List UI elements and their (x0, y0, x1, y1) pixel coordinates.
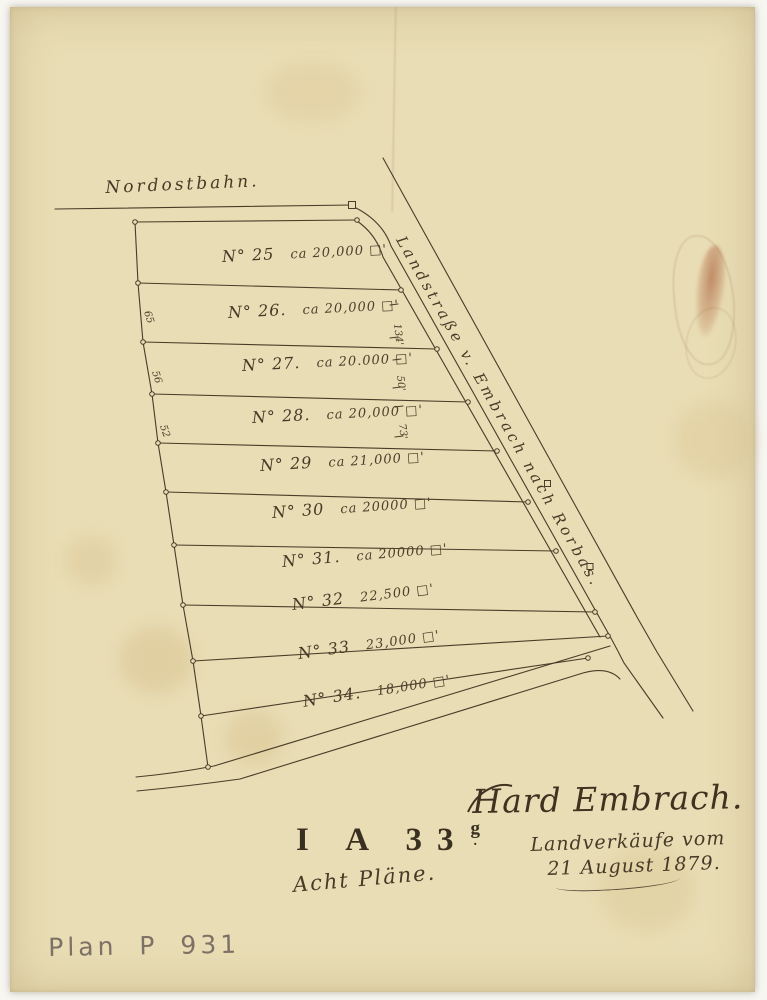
parcel-area: ca 20,000 □' (326, 403, 423, 423)
stain-outline (668, 233, 739, 368)
parcel-label-31: N° 31.ca 20000 □' (281, 538, 448, 571)
subtitle-line1: Landverkäufe vom (530, 827, 726, 856)
parcel-number: N° 31. (281, 547, 341, 571)
parcel-number: N° 27. (242, 353, 301, 375)
parcel-number: N° 32 (291, 589, 345, 614)
parcel-label-29: N° 29ca 21,000 □' (259, 446, 425, 475)
plan-drawing: 65 56 52 134' 50' 73' (0, 0, 767, 1000)
title-swash (468, 785, 512, 812)
parcel-number: N° 26. (228, 300, 287, 322)
edge-length: 56 (149, 370, 164, 386)
parcel-border (183, 605, 595, 612)
parcel-border (158, 443, 497, 451)
railway-end-marker (349, 202, 356, 209)
tick-marks (395, 406, 403, 437)
parcel-number: N° 25 (222, 244, 275, 266)
railway-label: Nordostbahn. (105, 171, 260, 198)
parcel-label-33: N° 3323,000 □' (297, 624, 441, 663)
parcel-area: 22,500 □' (359, 582, 435, 606)
parcel-border (152, 394, 468, 402)
archive-code-text: I A 33 (296, 822, 469, 859)
plan-sheet: 65 56 52 134' 50' 73' Nordostbahn. Lands… (10, 7, 755, 992)
paper-stain (600, 847, 695, 932)
parcel-border (143, 342, 437, 349)
frontage-tick: 50' (394, 375, 407, 392)
parcel-number: N° 29 (259, 453, 313, 475)
parcel-border (201, 658, 588, 716)
parcel-area: 23,000 □' (365, 628, 441, 653)
left-boundary (135, 222, 208, 767)
parcel-area: ca 20000 □' (340, 496, 432, 517)
paper-stain (65, 537, 117, 585)
stain-outline (680, 303, 742, 383)
parcel-right-edge (357, 221, 600, 637)
parcel-area: ca 20,000 □' (302, 298, 399, 318)
road-label: Landstraße v. Embrach nach Rorbas. (392, 233, 605, 590)
frontage-tick: 73' (396, 423, 409, 440)
parcel-area: ca 20000 □' (356, 542, 448, 565)
edge-measurements: 65 56 52 134' 50' 73' (141, 310, 409, 440)
rust-stain (690, 244, 729, 339)
main-title: Hard Embrach. (472, 777, 744, 821)
archive-code: I A 33 g . (296, 822, 480, 859)
series-note: Acht Pläne. (292, 860, 437, 896)
parcel-number: N° 33 (297, 637, 352, 663)
subtitle-line2: 21 August 1879. (547, 852, 721, 880)
edge-length: 65 (141, 310, 155, 326)
edge-length: 52 (157, 424, 171, 440)
parcel-area: ca 20,000 □' (290, 242, 387, 262)
parcel-border (138, 283, 401, 290)
parcel-area: 18,000 □' (376, 673, 452, 699)
parcel-label-28: N° 28.ca 20,000 □' (252, 399, 424, 427)
parcel-area: ca 21,000 □' (328, 450, 425, 471)
road-right-line (383, 158, 693, 711)
paper-crease (391, 7, 397, 212)
parcel-area: ca 20.000 □' (316, 351, 413, 371)
parcel-label-26: N° 26.ca 20,000 □' (228, 294, 400, 322)
parcel-label-25: N° 25ca 20,000 □' (222, 238, 388, 266)
scan-background: 65 56 52 134' 50' 73' Nordostbahn. Lands… (0, 0, 767, 1000)
railway-line (55, 205, 352, 209)
parcel-number: N° 28. (252, 405, 311, 427)
parcel-border (166, 492, 528, 502)
tick-marks (393, 359, 401, 388)
pencil-annotation: Plan P 931 (48, 930, 240, 962)
bottom-road-upper (136, 646, 610, 777)
frontage-tick: 134' (391, 323, 405, 346)
underline-flourish (555, 872, 681, 894)
paper-stain (120, 627, 192, 693)
parcel-number: N° 30 (271, 499, 325, 522)
paper-stain (265, 62, 360, 122)
parcel-number: N° 34. (302, 683, 363, 711)
paper-stain (675, 402, 755, 478)
tick-marks (390, 304, 398, 338)
archive-code-suffix: g . (471, 820, 481, 846)
parcel-border (135, 220, 357, 222)
road-left-line (352, 206, 663, 718)
parcel-label-32: N° 3222,500 □' (291, 578, 435, 614)
parcel-border (174, 545, 556, 551)
parcel-border (193, 636, 608, 661)
bottom-road-lower (137, 671, 620, 791)
paper-stain (225, 712, 283, 764)
parcel-label-30: N° 30ca 20000 □' (271, 492, 432, 522)
boundary-markers (133, 202, 611, 770)
parcel-label-34: N° 34.18,000 □' (302, 669, 452, 711)
parcel-label-27: N° 27.ca 20.000 □' (242, 347, 414, 375)
